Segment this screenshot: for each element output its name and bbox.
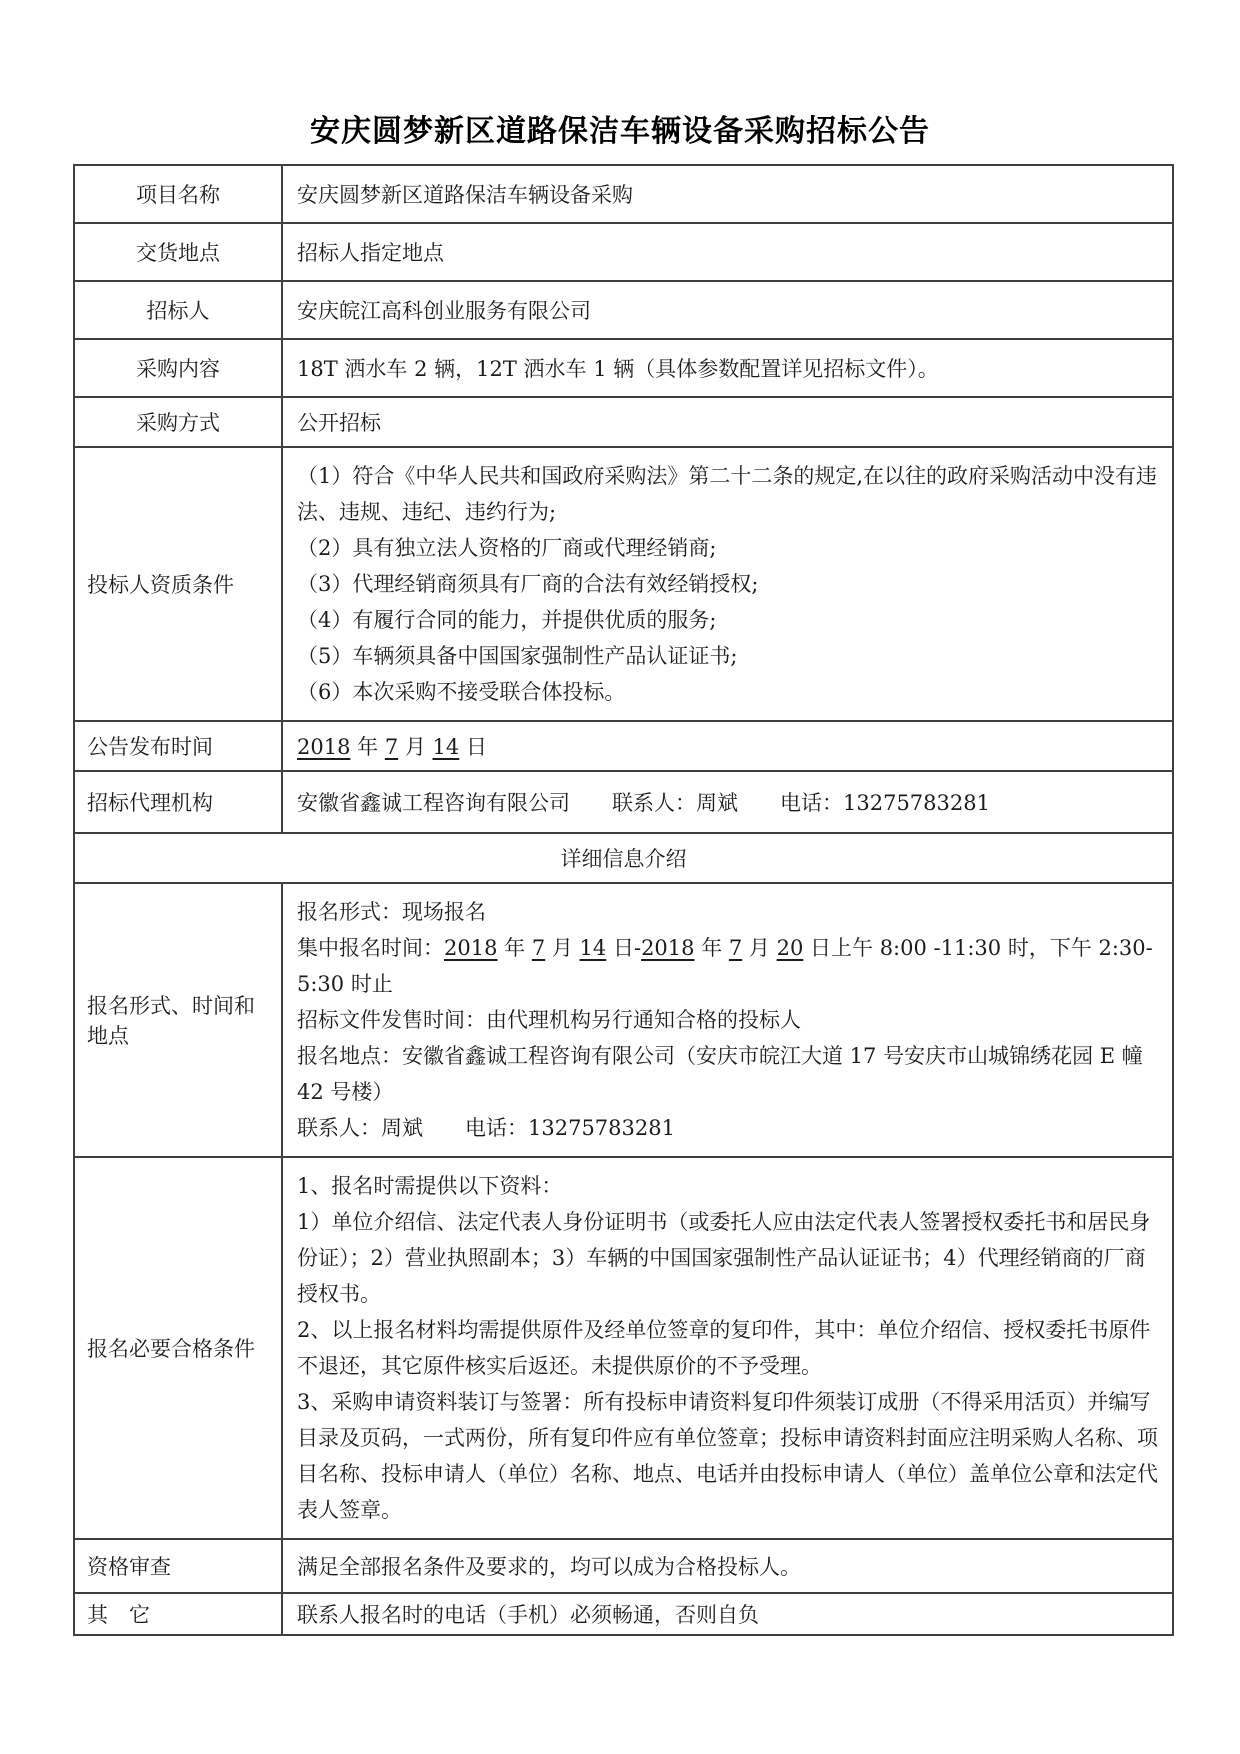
procurement-method-value: 公开招标 (282, 397, 1173, 447)
project-name-label: 项目名称 (74, 165, 282, 223)
delivery-place-label: 交货地点 (74, 223, 282, 281)
plain-text: 年 (350, 735, 384, 759)
plain-text: 月 (742, 936, 776, 960)
requirements-para-4: 3、采购申请资料装订与签署：所有投标申请资料复印件须装订成册（不得采用活页）并编… (297, 1384, 1158, 1528)
row-tenderee: 招标人 安庆皖江高科创业服务有限公司 (74, 281, 1173, 339)
row-other: 其 它 联系人报名时的电话（手机）必须畅通，否则自负 (74, 1593, 1173, 1635)
underlined-text: 7 (385, 735, 398, 759)
agency-label: 招标代理机构 (74, 771, 282, 833)
qualification-review-label: 资格审查 (74, 1539, 282, 1593)
requirements-para-1: 1、报名时需提供以下资料： (297, 1168, 1158, 1204)
other-label: 其 它 (74, 1593, 282, 1635)
requirements-value: 1、报名时需提供以下资料： 1）单位介绍信、法定代表人身份证明书（或委托人应由法… (282, 1157, 1173, 1539)
qualification-item-3: （3）代理经销商须具有厂商的合法有效经销授权; (297, 566, 1158, 602)
agency-value: 安徽省鑫诚工程咨询有限公司 联系人：周斌 电话：13275783281 (282, 771, 1173, 833)
procurement-content-label: 采购内容 (74, 339, 282, 397)
underlined-text: 2018 (444, 936, 497, 960)
plain-text: 年 (497, 936, 531, 960)
registration-line-form: 报名形式：现场报名 (297, 894, 1158, 930)
row-project-name: 项目名称 安庆圆梦新区道路保洁车辆设备采购 (74, 165, 1173, 223)
registration-line-contact: 联系人：周斌 电话：13275783281 (297, 1110, 1158, 1146)
document-page: 安庆圆梦新区道路保洁车辆设备采购招标公告 项目名称 安庆圆梦新区道路保洁车辆设备… (0, 0, 1240, 1754)
bidder-qualification-value: （1）符合《中华人民共和国政府采购法》第二十二条的规定,在以往的政府采购活动中没… (282, 447, 1173, 721)
tenderee-value: 安庆皖江高科创业服务有限公司 (282, 281, 1173, 339)
procurement-method-label: 采购方式 (74, 397, 282, 447)
row-detail-header: 详细信息介绍 (74, 833, 1173, 883)
plain-text: 月 (398, 735, 432, 759)
detail-header: 详细信息介绍 (74, 833, 1173, 883)
row-procurement-content: 采购内容 18T 洒水车 2 辆，12T 洒水车 1 辆（具体参数配置详见招标文… (74, 339, 1173, 397)
row-registration: 报名形式、时间和地点 报名形式：现场报名 集中报名时间：2018 年 7 月 1… (74, 883, 1173, 1157)
row-qualification-review: 资格审查 满足全部报名条件及要求的，均可以成为合格投标人。 (74, 1539, 1173, 1593)
other-value: 联系人报名时的电话（手机）必须畅通，否则自负 (282, 1593, 1173, 1635)
underlined-text: 14 (580, 936, 607, 960)
row-requirements: 报名必要合格条件 1、报名时需提供以下资料： 1）单位介绍信、法定代表人身份证明… (74, 1157, 1173, 1539)
qualification-item-2: （2）具有独立法人资格的厂商或代理经销商; (297, 530, 1158, 566)
qualification-item-1: （1）符合《中华人民共和国政府采购法》第二十二条的规定,在以往的政府采购活动中没… (297, 458, 1158, 530)
underlined-text: 14 (433, 735, 460, 759)
qualification-item-5: （5）车辆须具备中国国家强制性产品认证证书; (297, 638, 1158, 674)
qualification-item-6: （6）本次采购不接受联合体投标。 (297, 674, 1158, 710)
row-bidder-qualification: 投标人资质条件 （1）符合《中华人民共和国政府采购法》第二十二条的规定,在以往的… (74, 447, 1173, 721)
underlined-text: 7 (532, 936, 545, 960)
announce-date-label: 公告发布时间 (74, 721, 282, 771)
project-name-value: 安庆圆梦新区道路保洁车辆设备采购 (282, 165, 1173, 223)
row-agency: 招标代理机构 安徽省鑫诚工程咨询有限公司 联系人：周斌 电话：132757832… (74, 771, 1173, 833)
underlined-text: 7 (729, 936, 742, 960)
plain-text: 集中报名时间： (297, 936, 444, 960)
plain-text: 日- (606, 936, 641, 960)
plain-text: 日 (459, 735, 487, 759)
bidder-qualification-label: 投标人资质条件 (74, 447, 282, 721)
document-title: 安庆圆梦新区道路保洁车辆设备采购招标公告 (0, 106, 1240, 150)
plain-text: 月 (545, 936, 579, 960)
row-delivery-place: 交货地点 招标人指定地点 (74, 223, 1173, 281)
notice-table: 项目名称 安庆圆梦新区道路保洁车辆设备采购 交货地点 招标人指定地点 招标人 安… (73, 164, 1174, 1636)
plain-text: 年 (695, 936, 729, 960)
qualification-item-4: （4）有履行合同的能力，并提供优质的服务; (297, 602, 1158, 638)
procurement-content-value: 18T 洒水车 2 辆，12T 洒水车 1 辆（具体参数配置详见招标文件）。 (282, 339, 1173, 397)
registration-line-time: 集中报名时间：2018 年 7 月 14 日-2018 年 7 月 20 日上午… (297, 930, 1158, 1002)
registration-line-place: 报名地点：安徽省鑫诚工程咨询有限公司（安庆市皖江大道 17 号安庆市山城锦绣花园… (297, 1038, 1158, 1110)
delivery-place-value: 招标人指定地点 (282, 223, 1173, 281)
requirements-para-3: 2、以上报名材料均需提供原件及经单位签章的复印件，其中：单位介绍信、授权委托书原… (297, 1312, 1158, 1384)
registration-label: 报名形式、时间和地点 (74, 883, 282, 1157)
registration-value: 报名形式：现场报名 集中报名时间：2018 年 7 月 14 日-2018 年 … (282, 883, 1173, 1157)
requirements-label: 报名必要合格条件 (74, 1157, 282, 1539)
tenderee-label: 招标人 (74, 281, 282, 339)
underlined-text: 20 (777, 936, 804, 960)
registration-line-doc-sale: 招标文件发售时间：由代理机构另行通知合格的投标人 (297, 1002, 1158, 1038)
row-announce-date: 公告发布时间 2018 年 7 月 14 日 (74, 721, 1173, 771)
requirements-para-2: 1）单位介绍信、法定代表人身份证明书（或委托人应由法定代表人签署授权委托书和居民… (297, 1204, 1158, 1312)
announce-date-value: 2018 年 7 月 14 日 (282, 721, 1173, 771)
qualification-review-value: 满足全部报名条件及要求的，均可以成为合格投标人。 (282, 1539, 1173, 1593)
row-procurement-method: 采购方式 公开招标 (74, 397, 1173, 447)
underlined-text: 2018 (297, 735, 350, 759)
underlined-text: 2018 (641, 936, 694, 960)
